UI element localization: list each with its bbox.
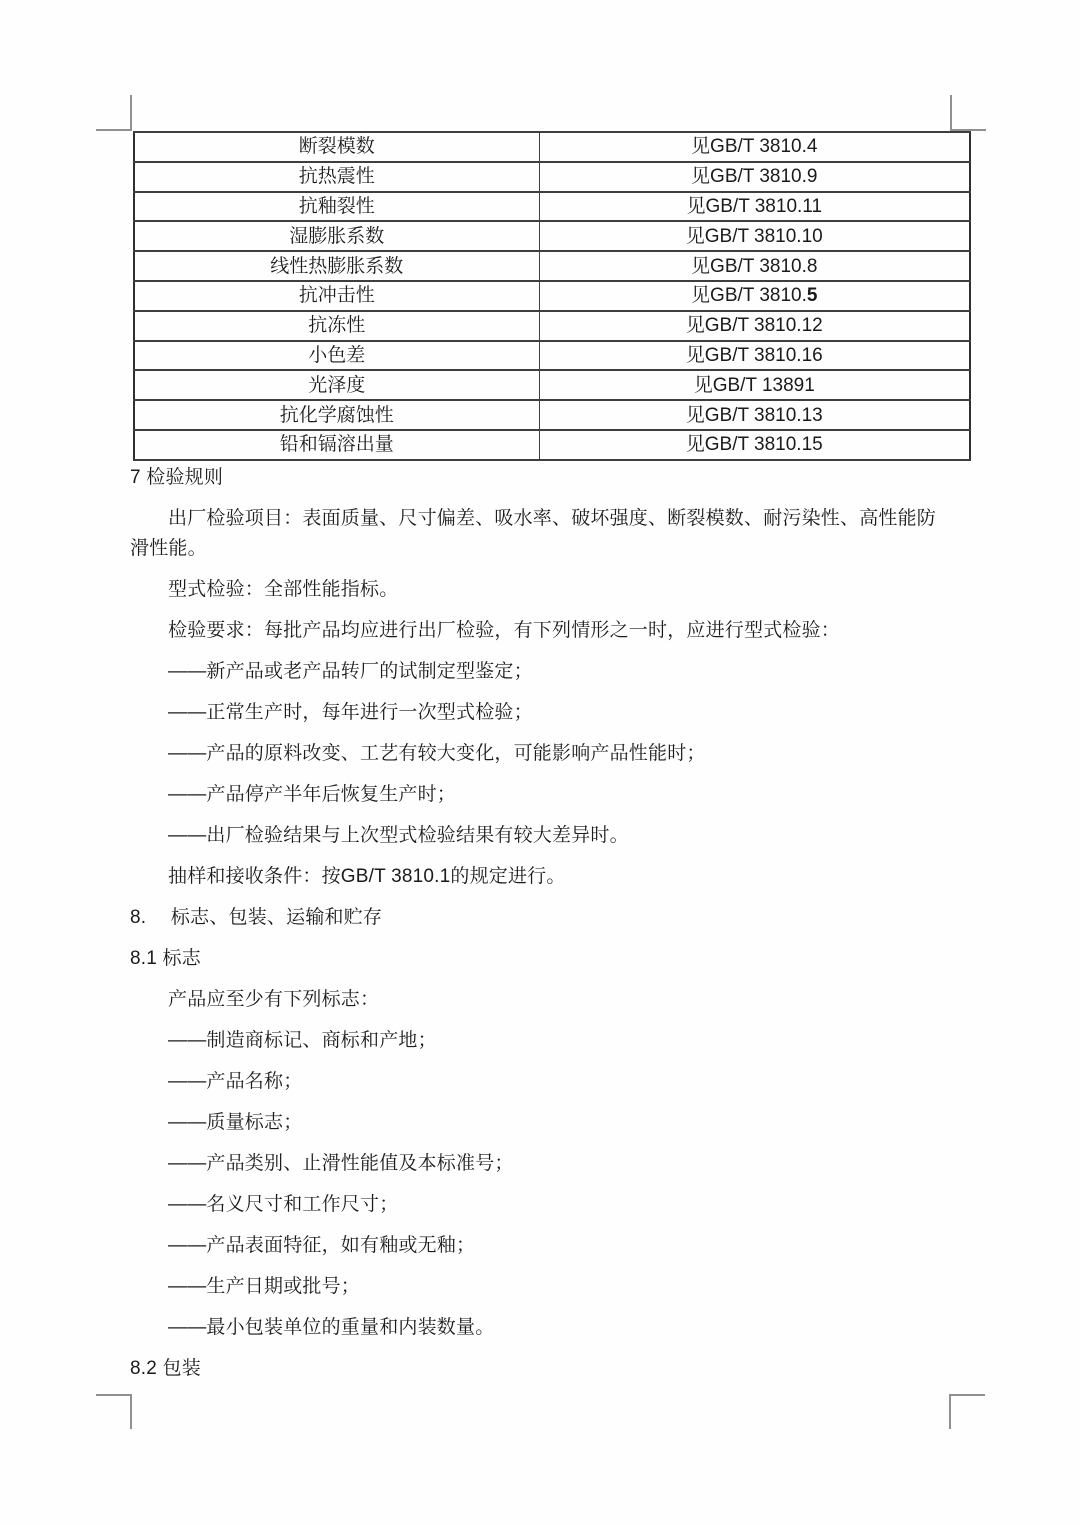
standard-ref-cell: 见GB/T 3810.15 (539, 430, 970, 460)
standard-ref-cell: 见GB/T 3810.12 (539, 311, 970, 341)
property-name-cell: 抗热震性 (134, 162, 539, 192)
text-boundary-mark-bottom-left-icon (96, 1394, 132, 1429)
standard-ref-cell: 见GB/T 3810.13 (539, 400, 970, 430)
property-name-cell: 抗化学腐蚀性 (134, 400, 539, 430)
table-row: 线性热膨胀系数 见GB/T 3810.8 (134, 251, 970, 281)
property-name-cell: 光泽度 (134, 370, 539, 400)
text-boundary-mark-top-right-icon (950, 95, 986, 131)
paragraph: ——制造商标记、商标和产地； (130, 1026, 952, 1056)
standard-ref-cell: 见GB/T 13891 (539, 370, 970, 400)
paragraph: ——最小包装单位的重量和内装数量。 (130, 1313, 952, 1343)
table-row: 抗冲击性 见GB/T 3810.5 (134, 281, 970, 311)
standard-ref-cell: 见GB/T 3810.10 (539, 221, 970, 251)
table-row: 断裂模数 见GB/T 3810.4 (134, 132, 970, 162)
standard-ref-cell: 见GB/T 3810.11 (539, 192, 970, 222)
property-name-cell: 线性热膨胀系数 (134, 251, 539, 281)
text-boundary-mark-bottom-right-icon (949, 1394, 985, 1429)
paragraph: ——出厂检验结果与上次型式检验结果有较大差异时。 (130, 821, 952, 851)
table-row: 抗釉裂性 见GB/T 3810.11 (134, 192, 970, 222)
paragraph: ——产品表面特征，如有釉或无釉； (130, 1231, 952, 1261)
property-name-cell: 铅和镉溶出量 (134, 430, 539, 460)
paragraph: ——生产日期或批号； (130, 1272, 952, 1302)
property-name-cell: 抗冻性 (134, 311, 539, 341)
table-row: 湿膨胀系数 见GB/T 3810.10 (134, 221, 970, 251)
property-name-cell: 小色差 (134, 341, 539, 371)
document-page: 断裂模数 见GB/T 3810.4 抗热震性 见GB/T 3810.9 抗釉裂性… (0, 0, 1080, 1525)
section-heading: 8. 标志、包装、运输和贮存 (130, 903, 952, 933)
test-methods-table: 断裂模数 见GB/T 3810.4 抗热震性 见GB/T 3810.9 抗釉裂性… (133, 131, 971, 461)
text-boundary-mark-top-left-icon (96, 95, 132, 131)
standard-ref-cell: 见GB/T 3810.5 (539, 281, 970, 311)
property-name-cell: 断裂模数 (134, 132, 539, 162)
paragraph: 检验要求：每批产品均应进行出厂检验，有下列情形之一时，应进行型式检验： (130, 616, 952, 646)
document-body: 7 检验规则 出厂检验项目：表面质量、尺寸偏差、吸水率、破坏强度、断裂模数、耐污… (130, 463, 952, 1395)
property-name-cell: 湿膨胀系数 (134, 221, 539, 251)
table-row: 抗化学腐蚀性 见GB/T 3810.13 (134, 400, 970, 430)
section-heading: 7 检验规则 (130, 463, 952, 493)
paragraph: 产品应至少有下列标志： (130, 985, 952, 1015)
paragraph: ——产品名称； (130, 1067, 952, 1097)
paragraph: 型式检验：全部性能指标。 (130, 575, 952, 605)
standard-ref-cell: 见GB/T 3810.9 (539, 162, 970, 192)
paragraph: 抽样和接收条件：按GB/T 3810.1的规定进行。 (130, 862, 952, 892)
property-name-cell: 抗釉裂性 (134, 192, 539, 222)
standard-ref-cell: 见GB/T 3810.8 (539, 251, 970, 281)
table-row: 光泽度 见GB/T 13891 (134, 370, 970, 400)
table-row: 抗热震性 见GB/T 3810.9 (134, 162, 970, 192)
table-row: 抗冻性 见GB/T 3810.12 (134, 311, 970, 341)
paragraph: ——正常生产时，每年进行一次型式检验； (130, 698, 952, 728)
paragraph: ——产品停产半年后恢复生产时； (130, 780, 952, 810)
table-row: 铅和镉溶出量 见GB/T 3810.15 (134, 430, 970, 460)
paragraph: 出厂检验项目：表面质量、尺寸偏差、吸水率、破坏强度、断裂模数、耐污染性、高性能防… (130, 504, 952, 564)
standard-ref-cell: 见GB/T 3810.16 (539, 341, 970, 371)
paragraph: ——产品的原料改变、工艺有较大变化，可能影响产品性能时； (130, 739, 952, 769)
table-row: 小色差 见GB/T 3810.16 (134, 341, 970, 371)
standard-ref-cell: 见GB/T 3810.4 (539, 132, 970, 162)
property-name-cell: 抗冲击性 (134, 281, 539, 311)
paragraph: ——产品类别、止滑性能值及本标准号； (130, 1149, 952, 1179)
paragraph: ——质量标志； (130, 1108, 952, 1138)
section-heading: 8.1 标志 (130, 944, 952, 974)
paragraph: ——名义尺寸和工作尺寸； (130, 1190, 952, 1220)
section-heading: 8.2 包装 (130, 1354, 952, 1384)
paragraph: ——新产品或老产品转厂的试制定型鉴定； (130, 657, 952, 687)
